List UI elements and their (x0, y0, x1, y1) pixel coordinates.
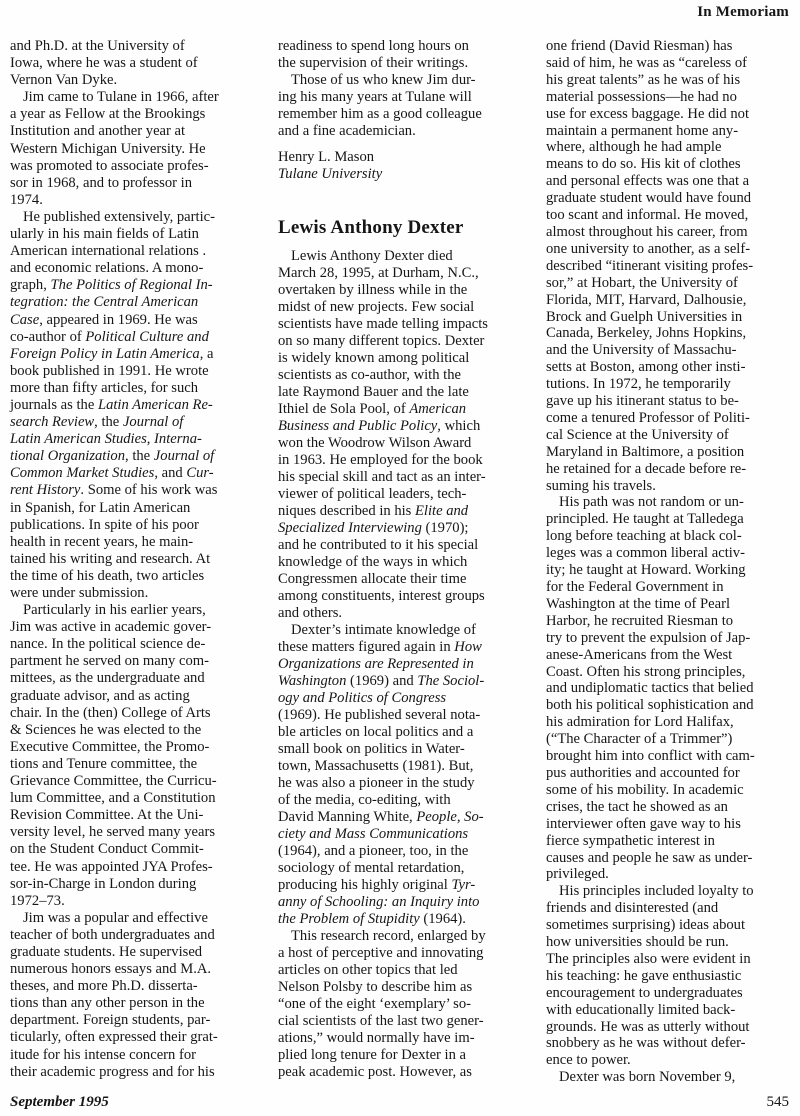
paragraph: Dexter’s intimate knowledge ofthese matt… (278, 622, 522, 928)
paragraph: readiness to spend long hours onthe supe… (278, 38, 522, 72)
journal-page: In Memoriam and Ph.D. at the University … (0, 0, 800, 1116)
page-number: 545 (767, 1094, 790, 1111)
paragraph: His principles included loyalty tofriend… (546, 883, 790, 1069)
paragraph: He published extensively, partic-ularly … (10, 209, 254, 602)
obituary-heading: Lewis Anthony Dexter (278, 219, 522, 236)
paragraph: Those of us who knew Jim dur-ing his man… (278, 72, 522, 140)
text-columns: and Ph.D. at the University ofIowa, wher… (10, 38, 790, 1086)
paragraph: one friend (David Riesman) hassaid of hi… (546, 38, 790, 494)
author-affiliation: Tulane University (278, 166, 522, 183)
paragraph: Jim was a popular and effectiveteacher o… (10, 910, 254, 1081)
paragraph: This research record, enlarged bya host … (278, 928, 522, 1081)
running-header: In Memoriam (697, 4, 789, 21)
text-column-2: readiness to spend long hours onthe supe… (278, 38, 522, 1086)
paragraph: Dexter was born November 9, (546, 1069, 790, 1086)
page-footer: September 1995 545 (10, 1094, 789, 1111)
paragraph: Lewis Anthony Dexter diedMarch 28, 1995,… (278, 248, 522, 622)
paragraph: Jim came to Tulane in 1966, aftera year … (10, 89, 254, 209)
issue-date: September 1995 (10, 1094, 109, 1111)
text-column-1: and Ph.D. at the University ofIowa, wher… (10, 38, 254, 1086)
text-column-3: one friend (David Riesman) hassaid of hi… (546, 38, 790, 1086)
author-name: Henry L. Mason (278, 149, 522, 166)
paragraph: and Ph.D. at the University ofIowa, wher… (10, 38, 254, 89)
paragraph: Particularly in his earlier years,Jim wa… (10, 602, 254, 910)
section-title: In Memoriam (697, 4, 789, 20)
paragraph: His path was not random or un-principled… (546, 494, 790, 883)
author-signature: Henry L. MasonTulane University (278, 149, 522, 183)
